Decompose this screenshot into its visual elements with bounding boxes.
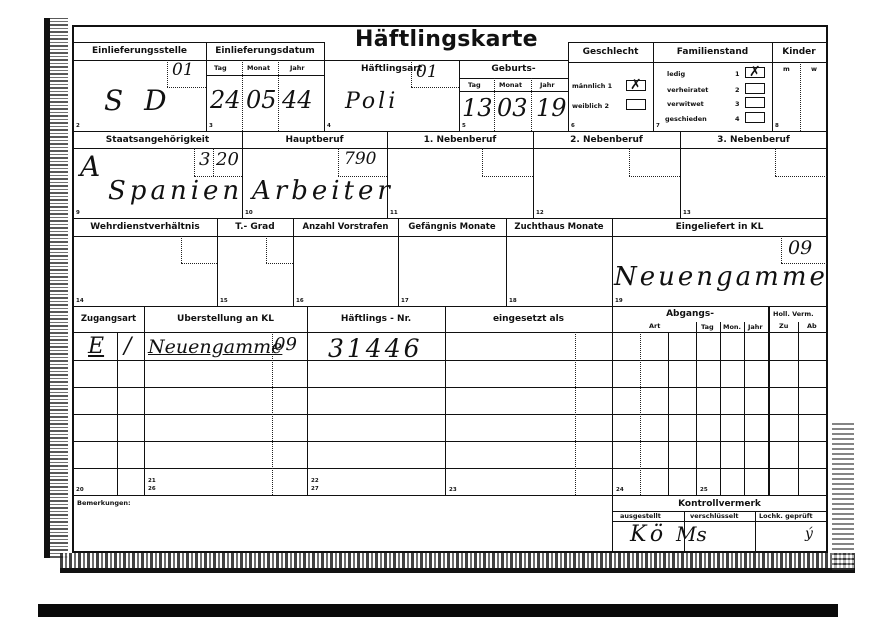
label-gefaengnis-monate: Gefängnis Monate: [398, 222, 506, 232]
rule: [494, 78, 495, 131]
geburts-tag-value[interactable]: 13: [462, 94, 493, 122]
label-ausgestellt: ausgestellt: [620, 512, 661, 520]
label-holl-zu: Zu: [779, 322, 788, 330]
lochk-value[interactable]: ý: [805, 526, 813, 542]
field-number: 19: [615, 298, 623, 304]
zugangsart-value-a[interactable]: E: [88, 334, 104, 359]
einlieferungsstelle-code[interactable]: 01: [172, 60, 194, 80]
label-eingeliefert-in-kl: Eingeliefert in KL: [612, 222, 827, 232]
label-haeftlings-nr: Häftlings - Nr.: [307, 314, 445, 324]
label-geburts-tag: Tag: [468, 81, 481, 89]
rule: [73, 148, 828, 149]
field-number: 13: [683, 210, 691, 216]
rule: [568, 62, 826, 63]
rule: [206, 75, 324, 76]
rule: [459, 91, 568, 92]
rule: [720, 322, 721, 495]
ueberstellung-value[interactable]: Neuengamme: [148, 336, 282, 358]
rule: [755, 511, 756, 552]
x-mark-icon: ✗: [630, 80, 642, 91]
field-number: 23: [449, 487, 457, 493]
rule: [181, 263, 217, 264]
checkbox-maennlich[interactable]: ✗: [626, 80, 646, 91]
label-einlieferungsdatum: Einlieferungsdatum: [206, 46, 324, 56]
einlieferung-jahr-value[interactable]: 44: [282, 86, 313, 114]
haeftlingsart-code[interactable]: 01: [416, 62, 438, 82]
label-wehrdienstverhaeltnis: Wehrdienstverhältnis: [73, 222, 217, 232]
rule: [206, 42, 324, 43]
rule: [73, 441, 828, 442]
rule: [73, 42, 206, 43]
haeftlings-nr-value[interactable]: 31446: [328, 334, 423, 363]
rule: [781, 236, 782, 263]
hauptberuf-value[interactable]: Arbeiter: [252, 176, 394, 206]
rule: [266, 263, 293, 264]
label-kinder-m: m: [783, 65, 790, 73]
field-number: 22: [311, 478, 319, 484]
rule: [73, 218, 828, 219]
rule: [117, 332, 118, 495]
field-number: 4: [327, 123, 331, 129]
rule: [612, 306, 613, 495]
rule: [775, 176, 827, 177]
zugangsart-value-b[interactable]: /: [124, 334, 131, 359]
label-anzahl-vorstrafen: Anzahl Vorstrafen: [293, 222, 398, 232]
rule: [800, 62, 801, 131]
option-verwitwet-num: 3: [735, 100, 740, 108]
staatsangehoerigkeit-code-b[interactable]: 20: [216, 149, 239, 170]
label-zuchthaus-monate: Zuchthaus Monate: [506, 222, 612, 232]
rule: [338, 148, 339, 176]
option-verheiratet-num: 2: [735, 86, 740, 94]
label-nebenberuf-1: 1. Nebenberuf: [387, 135, 533, 145]
option-geschieden-label: geschieden: [665, 115, 707, 123]
einlieferungsstelle-value[interactable]: S D: [104, 84, 173, 117]
label-kinder: Kinder: [772, 47, 826, 57]
field-number: 6: [571, 123, 575, 129]
checkbox-weiblich[interactable]: [626, 99, 646, 110]
field-number: 24: [616, 487, 624, 493]
haeftlingsart-value[interactable]: Poli: [345, 89, 398, 114]
checkbox-ledig[interactable]: ✗: [745, 67, 765, 78]
field-number: 17: [401, 298, 409, 304]
rule: [768, 306, 770, 495]
label-kontrollvermerk: Kontrollvermerk: [612, 499, 827, 509]
rule: [411, 87, 459, 88]
einlieferung-tag-value[interactable]: 24: [210, 86, 241, 114]
field-number: 21: [148, 478, 156, 484]
label-geschlecht: Geschlecht: [568, 47, 653, 57]
rule: [73, 236, 828, 237]
geburts-jahr-value[interactable]: 19: [536, 94, 567, 122]
label-kinder-w: w: [811, 65, 817, 73]
rule: [73, 360, 828, 361]
rule: [775, 148, 776, 176]
rule: [696, 322, 697, 495]
rule: [568, 42, 826, 43]
rule: [459, 78, 568, 79]
label-staatsangehoerigkeit: Staatsangehörigkeit: [73, 135, 242, 145]
x-mark-icon: ✗: [749, 67, 761, 78]
rule: [213, 148, 214, 176]
field-number: 20: [76, 487, 84, 493]
rule: [445, 306, 446, 495]
label-lochk-geprueft: Lochk. geprüft: [759, 512, 813, 520]
rule: [73, 131, 828, 132]
label-zugangsart: Zugangsart: [73, 314, 144, 324]
label-nebenberuf-2: 2. Nebenberuf: [533, 135, 680, 145]
label-familienstand: Familienstand: [653, 47, 772, 57]
label-abgangs: Abgangs-: [612, 309, 768, 319]
rule: [324, 42, 325, 131]
field-number: 15: [220, 298, 228, 304]
label-verschluesselt: verschlüsselt: [690, 512, 739, 520]
label-ueberstellung-an-kl: Uberstellung an KL: [144, 314, 307, 324]
label-eingesetzt-als: eingesetzt als: [445, 314, 612, 324]
label-geburts-monat: Monat: [499, 81, 522, 89]
label-abgangs-art: Art: [649, 322, 660, 330]
staatsangehoerigkeit-code-a[interactable]: 3: [199, 149, 210, 170]
field-number: 12: [536, 210, 544, 216]
rule: [278, 60, 279, 131]
field-number: 5: [462, 123, 466, 129]
rule: [144, 306, 145, 495]
rule: [798, 322, 799, 495]
rule: [73, 306, 828, 307]
label-abgangs-tag: Tag: [701, 323, 714, 331]
staatsangehoerigkeit-line1[interactable]: A: [80, 150, 100, 183]
rule: [194, 148, 195, 176]
eingeliefert-value[interactable]: Neuengamme: [614, 262, 828, 292]
staatsangehoerigkeit-line2[interactable]: Spanien: [108, 176, 243, 206]
label-holl-ab: Ab: [807, 322, 817, 330]
einlieferung-monat-value[interactable]: 05: [246, 86, 277, 114]
field-number: 14: [76, 298, 84, 304]
rule: [181, 236, 182, 263]
rule: [531, 78, 532, 131]
card-title: Häftlingskarte: [355, 27, 538, 52]
field-number: 18: [509, 298, 517, 304]
rule: [307, 306, 308, 495]
rule: [73, 495, 828, 496]
label-t-grad: T.- Grad: [217, 222, 293, 232]
label-hauptberuf: Hauptberuf: [242, 135, 387, 145]
label-haeftlingsart: Häftlingsart: [324, 64, 459, 74]
checkbox-verheiratet[interactable]: [745, 83, 765, 94]
scan-shadow-right: [832, 420, 854, 570]
label-monat: Monat: [247, 64, 270, 72]
label-abgangs-jahr: Jahr: [748, 323, 763, 331]
label-einlieferungsstelle: Einlieferungsstelle: [73, 46, 206, 56]
field-number: 3: [209, 123, 213, 129]
checkbox-verwitwet[interactable]: [745, 97, 765, 108]
field-number: 2: [76, 123, 80, 129]
option-maennlich-label: männlich 1: [572, 82, 612, 90]
rule: [73, 332, 828, 333]
field-number: 16: [296, 298, 304, 304]
field-number: 9: [76, 210, 80, 216]
rule: [73, 414, 828, 415]
label-holl-verm: Holl. Verm.: [773, 310, 814, 318]
field-number: 11: [390, 210, 398, 216]
checkbox-geschieden[interactable]: [745, 112, 765, 123]
rule: [640, 332, 641, 495]
rule: [482, 148, 483, 176]
field-number: 10: [245, 210, 253, 216]
geburts-monat-value[interactable]: 03: [497, 94, 528, 122]
scan-edge-left: [44, 18, 50, 558]
rule: [242, 60, 243, 131]
label-jahr: Jahr: [290, 64, 305, 72]
scan-edge-bottom: [60, 568, 855, 573]
label-bemerkungen: Bemerkungen:: [77, 499, 131, 507]
field-number: 25: [700, 487, 708, 493]
rule: [73, 468, 828, 469]
rule: [73, 387, 828, 388]
rule: [167, 60, 168, 87]
field-number: 8: [775, 123, 779, 129]
option-verheiratet-label: verheiratet: [667, 86, 708, 94]
verschluesselt-value[interactable]: Ms: [676, 522, 707, 546]
rule: [482, 176, 533, 177]
rule: [629, 148, 630, 176]
rule: [324, 60, 568, 61]
rule: [629, 176, 680, 177]
label-geburts: Geburts-: [459, 64, 568, 74]
eingeliefert-code[interactable]: 09: [788, 237, 812, 259]
ueberstellung-code[interactable]: 09: [274, 334, 297, 355]
label-tag: Tag: [214, 64, 227, 72]
option-verwitwet-label: verwitwet: [667, 100, 704, 108]
label-abgangs-mon: Mon.: [723, 323, 741, 331]
option-geschieden-num: 4: [735, 115, 740, 123]
ausgestellt-value[interactable]: Kö: [630, 522, 667, 547]
field-number: 7: [656, 123, 660, 129]
rule: [167, 87, 206, 88]
option-weiblich-label: weiblich 2: [572, 102, 609, 110]
scan-bottom-bar: [38, 604, 838, 617]
field-number: 27: [311, 486, 319, 492]
label-geburts-jahr: Jahr: [540, 81, 555, 89]
label-nebenberuf-3: 3. Nebenberuf: [680, 135, 827, 145]
field-number: 26: [148, 486, 156, 492]
bemerkungen-field[interactable]: [76, 510, 608, 550]
rule: [73, 60, 324, 61]
rule: [668, 332, 669, 495]
option-ledig-num: 1: [735, 70, 740, 78]
rule: [744, 322, 745, 495]
hauptberuf-code[interactable]: 790: [344, 149, 376, 169]
option-ledig-label: ledig: [667, 70, 685, 78]
rule: [575, 332, 576, 495]
rule: [266, 236, 267, 263]
